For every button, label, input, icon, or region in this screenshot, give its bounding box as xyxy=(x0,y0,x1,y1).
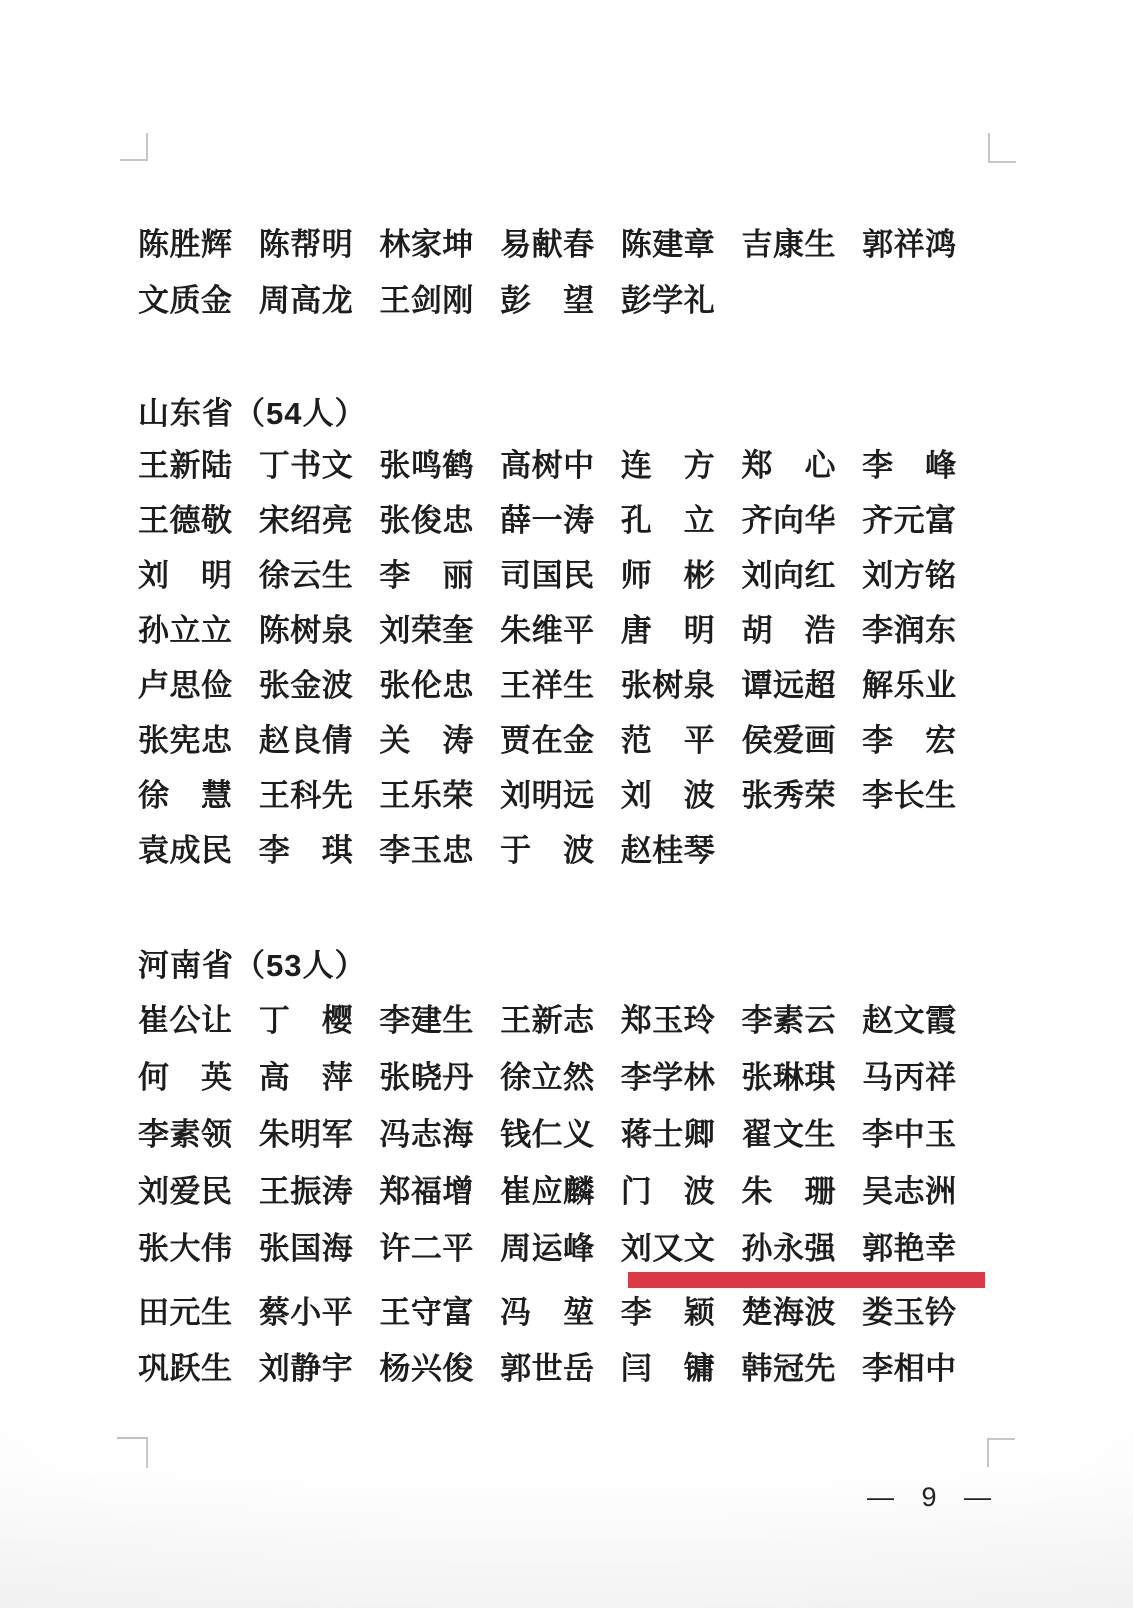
person-name: 于波 xyxy=(500,830,594,870)
person-name: 徐立然 xyxy=(500,1057,594,1097)
person-name: 师彬 xyxy=(621,555,715,595)
person-name: 陈建章 xyxy=(621,224,715,264)
person-name: 谭远超 xyxy=(741,665,835,705)
person-name: 周运峰 xyxy=(500,1228,594,1268)
person-name: 张金波 xyxy=(259,665,353,705)
person-name: 王振涛 xyxy=(259,1171,353,1211)
person-name: 王守富 xyxy=(379,1292,473,1332)
person-name: 李颖 xyxy=(621,1292,715,1332)
document-page: 陈胜辉陈帮明林家坤易献春陈建章吉康生郭祥鸿文质金周高龙王剑刚彭望彭学礼山东省（5… xyxy=(0,0,1133,1608)
person-name: 李素领 xyxy=(138,1114,232,1154)
person-name: 郑心 xyxy=(741,445,835,485)
person-name: 齐元富 xyxy=(862,500,956,540)
person-name: 朱明军 xyxy=(259,1114,353,1154)
corner-mark-bottom-right-icon xyxy=(987,1438,1015,1467)
person-name: 唐明 xyxy=(621,610,715,650)
person-name: 蒋士卿 xyxy=(621,1114,715,1154)
person-name: 韩冠先 xyxy=(741,1348,835,1388)
person-name: 蔡小平 xyxy=(259,1292,353,1332)
person-name: 周高龙 xyxy=(259,280,353,320)
person-name: 崔应麟 xyxy=(500,1171,594,1211)
name-row: 张大伟张国海许二平周运峰刘又文孙永强郭艳幸 xyxy=(138,1220,956,1276)
person-name: 丁樱 xyxy=(259,1000,353,1040)
name-row: 陈胜辉陈帮明林家坤易献春陈建章吉康生郭祥鸿 xyxy=(138,216,956,272)
person-name: 张俊忠 xyxy=(379,500,473,540)
person-name: 冯堃 xyxy=(500,1292,594,1332)
person-name: 杨兴俊 xyxy=(379,1348,473,1388)
person-name: 钱仁义 xyxy=(500,1114,594,1154)
name-row: 巩跃生刘静宇杨兴俊郭世岳闫镛韩冠先李相中 xyxy=(138,1340,956,1396)
name-row: 张宪忠赵良倩关涛贾在金范平侯爱画李宏 xyxy=(138,712,956,768)
person-name: 郑福增 xyxy=(379,1171,473,1211)
person-name: 孔立 xyxy=(621,500,715,540)
person-name: 孙永强 xyxy=(741,1228,835,1268)
person-name: 高萍 xyxy=(259,1057,353,1097)
person-name: 齐向华 xyxy=(741,500,835,540)
person-name: 王科先 xyxy=(259,775,353,815)
name-row: 袁成民李琪李玉忠于波赵桂琴 xyxy=(138,822,956,878)
person-name: 李丽 xyxy=(379,555,473,595)
person-name: 李琪 xyxy=(259,830,353,870)
person-name: 刘明远 xyxy=(500,775,594,815)
person-name: 侯爱画 xyxy=(741,720,835,760)
person-name: 孙立立 xyxy=(138,610,232,650)
person-name: 娄玉钤 xyxy=(862,1292,956,1332)
person-name: 贾在金 xyxy=(500,720,594,760)
person-name: 关涛 xyxy=(379,720,473,760)
person-name: 郭祥鸿 xyxy=(862,224,956,264)
person-name: 王新陆 xyxy=(138,445,232,485)
person-name: 易献春 xyxy=(500,224,594,264)
person-name: 彭学礼 xyxy=(621,280,715,320)
person-name: 李中玉 xyxy=(862,1114,956,1154)
person-name: 张晓丹 xyxy=(379,1057,473,1097)
person-name: 连方 xyxy=(621,445,715,485)
person-name: 李峰 xyxy=(862,445,956,485)
name-row: 刘爱民王振涛郑福增崔应麟门波朱珊吴志洲 xyxy=(138,1163,956,1219)
person-name: 崔公让 xyxy=(138,1000,232,1040)
name-row: 卢思俭张金波张伦忠王祥生张树泉谭远超解乐业 xyxy=(138,657,956,713)
person-name: 何英 xyxy=(138,1057,232,1097)
person-name: 文质金 xyxy=(138,280,232,320)
name-row: 文质金周高龙王剑刚彭望彭学礼 xyxy=(138,272,956,328)
person-name: 马丙祥 xyxy=(862,1057,956,1097)
person-name: 赵良倩 xyxy=(259,720,353,760)
person-name: 刘又文 xyxy=(621,1228,715,1268)
page-number: — 9 — xyxy=(845,1482,1015,1513)
person-name: 张伦忠 xyxy=(379,665,473,705)
person-name: 王乐荣 xyxy=(379,775,473,815)
person-name: 赵文霞 xyxy=(862,1000,956,1040)
person-name: 巩跃生 xyxy=(138,1348,232,1388)
name-row: 王新陆丁书文张鸣鹤高树中连方郑心李峰 xyxy=(138,437,956,493)
person-name: 彭望 xyxy=(500,280,594,320)
person-name: 徐慧 xyxy=(138,775,232,815)
section-title-shandong: 山东省（54人） xyxy=(138,382,366,438)
person-name: 郑玉玲 xyxy=(621,1000,715,1040)
person-name: 陈树泉 xyxy=(259,610,353,650)
person-name: 胡浩 xyxy=(741,610,835,650)
person-name: 王新志 xyxy=(500,1000,594,1040)
person-name: 司国民 xyxy=(500,555,594,595)
person-name: 宋绍亮 xyxy=(259,500,353,540)
person-name: 李长生 xyxy=(862,775,956,815)
person-name: 刘波 xyxy=(621,775,715,815)
name-row: 刘明徐云生李丽司国民师彬刘向红刘方铭 xyxy=(138,547,956,603)
person-name: 李宏 xyxy=(862,720,956,760)
person-name: 田元生 xyxy=(138,1292,232,1332)
person-name: 王剑刚 xyxy=(379,280,473,320)
person-name: 朱维平 xyxy=(500,610,594,650)
person-name: 陈帮明 xyxy=(259,224,353,264)
name-row: 崔公让丁樱李建生王新志郑玉玲李素云赵文霞 xyxy=(138,992,956,1048)
person-name: 吴志洲 xyxy=(862,1171,956,1211)
person-name: 林家坤 xyxy=(379,224,473,264)
person-name: 李玉忠 xyxy=(379,830,473,870)
name-row: 何英高萍张晓丹徐立然李学林张琳琪马丙祥 xyxy=(138,1049,956,1105)
name-row: 王德敬宋绍亮张俊忠薛一涛孔立齐向华齐元富 xyxy=(138,492,956,548)
person-name: 刘明 xyxy=(138,555,232,595)
person-name: 丁书文 xyxy=(259,445,353,485)
person-name: 刘向红 xyxy=(741,555,835,595)
person-name: 陈胜辉 xyxy=(138,224,232,264)
person-name: 许二平 xyxy=(379,1228,473,1268)
person-name: 郭艳幸 xyxy=(862,1228,956,1268)
name-list-content: 陈胜辉陈帮明林家坤易献春陈建章吉康生郭祥鸿文质金周高龙王剑刚彭望彭学礼山东省（5… xyxy=(138,0,956,1608)
name-row: 李素领朱明军冯志海钱仁义蒋士卿翟文生李中玉 xyxy=(138,1106,956,1162)
person-name: 吉康生 xyxy=(741,224,835,264)
corner-mark-top-right-icon xyxy=(988,133,1016,163)
person-name: 李相中 xyxy=(862,1348,956,1388)
person-name: 张树泉 xyxy=(621,665,715,705)
person-name: 朱珊 xyxy=(741,1171,835,1211)
person-name: 楚海波 xyxy=(741,1292,835,1332)
person-name: 李建生 xyxy=(379,1000,473,1040)
person-name: 李润东 xyxy=(862,610,956,650)
person-name: 袁成民 xyxy=(138,830,232,870)
person-name: 张宪忠 xyxy=(138,720,232,760)
person-name: 刘静宇 xyxy=(259,1348,353,1388)
person-name: 张鸣鹤 xyxy=(379,445,473,485)
name-row: 田元生蔡小平王守富冯堃李颖楚海波娄玉钤 xyxy=(138,1284,956,1340)
person-name: 刘荣奎 xyxy=(379,610,473,650)
name-row: 徐慧王科先王乐荣刘明远刘波张秀荣李长生 xyxy=(138,767,956,823)
person-name: 赵桂琴 xyxy=(621,830,715,870)
person-name: 翟文生 xyxy=(741,1114,835,1154)
person-name: 徐云生 xyxy=(259,555,353,595)
person-name: 李学林 xyxy=(621,1057,715,1097)
section-title-henan: 河南省（53人） xyxy=(138,934,366,990)
person-name: 刘爱民 xyxy=(138,1171,232,1211)
person-name: 刘方铭 xyxy=(862,555,956,595)
name-row: 孙立立陈树泉刘荣奎朱维平唐明胡浩李润东 xyxy=(138,602,956,658)
person-name: 闫镛 xyxy=(621,1348,715,1388)
person-name: 郭世岳 xyxy=(500,1348,594,1388)
person-name: 卢思俭 xyxy=(138,665,232,705)
person-name: 范平 xyxy=(621,720,715,760)
person-name: 王德敬 xyxy=(138,500,232,540)
person-name: 门波 xyxy=(621,1171,715,1211)
person-name: 张大伟 xyxy=(138,1228,232,1268)
person-name: 解乐业 xyxy=(862,665,956,705)
person-name: 冯志海 xyxy=(379,1114,473,1154)
person-name: 高树中 xyxy=(500,445,594,485)
person-name: 李素云 xyxy=(741,1000,835,1040)
person-name: 张琳琪 xyxy=(741,1057,835,1097)
person-name: 张秀荣 xyxy=(741,775,835,815)
person-name: 薛一涛 xyxy=(500,500,594,540)
person-name: 王祥生 xyxy=(500,665,594,705)
person-name: 张国海 xyxy=(259,1228,353,1268)
